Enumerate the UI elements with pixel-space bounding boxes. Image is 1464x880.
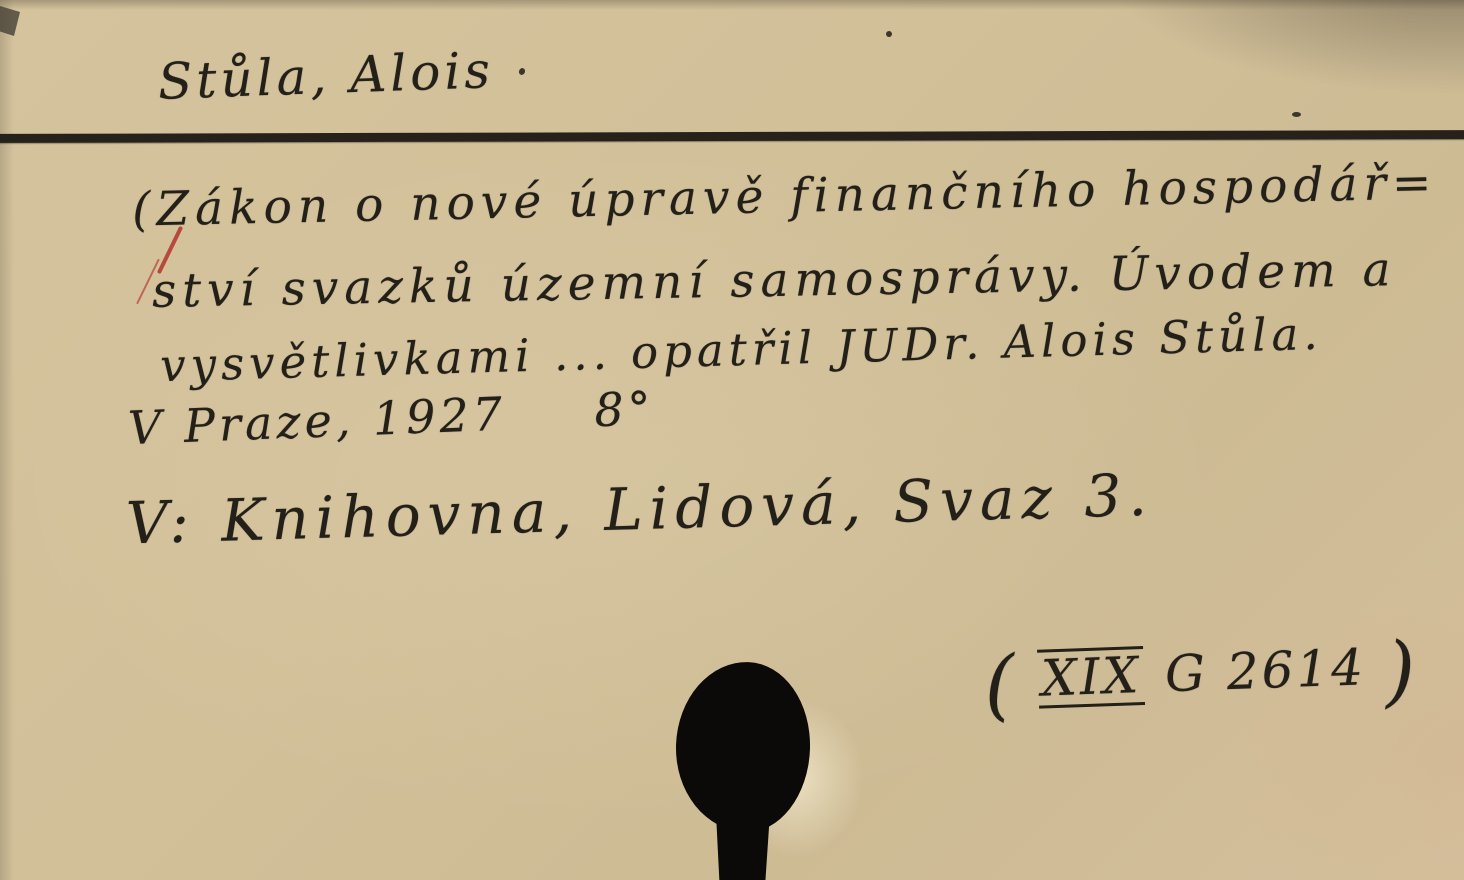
- shelfmark-roman-class: XIX: [1037, 646, 1145, 709]
- format-notation: 8°: [593, 381, 655, 437]
- ink-speck: [518, 67, 526, 76]
- heading-divider-rule: [0, 130, 1464, 143]
- title-line-3: vysvětlivkami ... opatřil JUDr. Alois St…: [160, 308, 1324, 392]
- shelfmark-close-paren: ): [1384, 625, 1420, 716]
- shelfmark-open-paren: (: [983, 639, 1019, 730]
- ink-speck: [1292, 112, 1301, 117]
- card-heading-author: Stůla, Alois: [157, 42, 495, 111]
- shelfmark-number: 2614: [1226, 638, 1367, 701]
- title-line-2: ství svazků územní samosprávy. Úvodem a: [152, 243, 1397, 319]
- imprint-place-year: V Praze, 1927: [127, 387, 507, 455]
- ink-speck: [886, 31, 892, 37]
- catalog-card-scan: Stůla, Alois (Zákon o nové úpravě finanč…: [0, 0, 1464, 880]
- holding-line: V: Knihovna, Lidová, Svaz 3.: [125, 462, 1154, 557]
- shelfmark: ( XIX G 2614 ): [983, 636, 1419, 710]
- punch-hole-rod-slot: [712, 808, 774, 880]
- title-line-1: (Zákon o nové úpravě finančního hospodář…: [132, 156, 1438, 237]
- imprint-line: V Praze, 1927 8°: [127, 382, 656, 455]
- scan-corner-artifact: [0, 6, 20, 36]
- shelfmark-letter: G: [1164, 644, 1209, 703]
